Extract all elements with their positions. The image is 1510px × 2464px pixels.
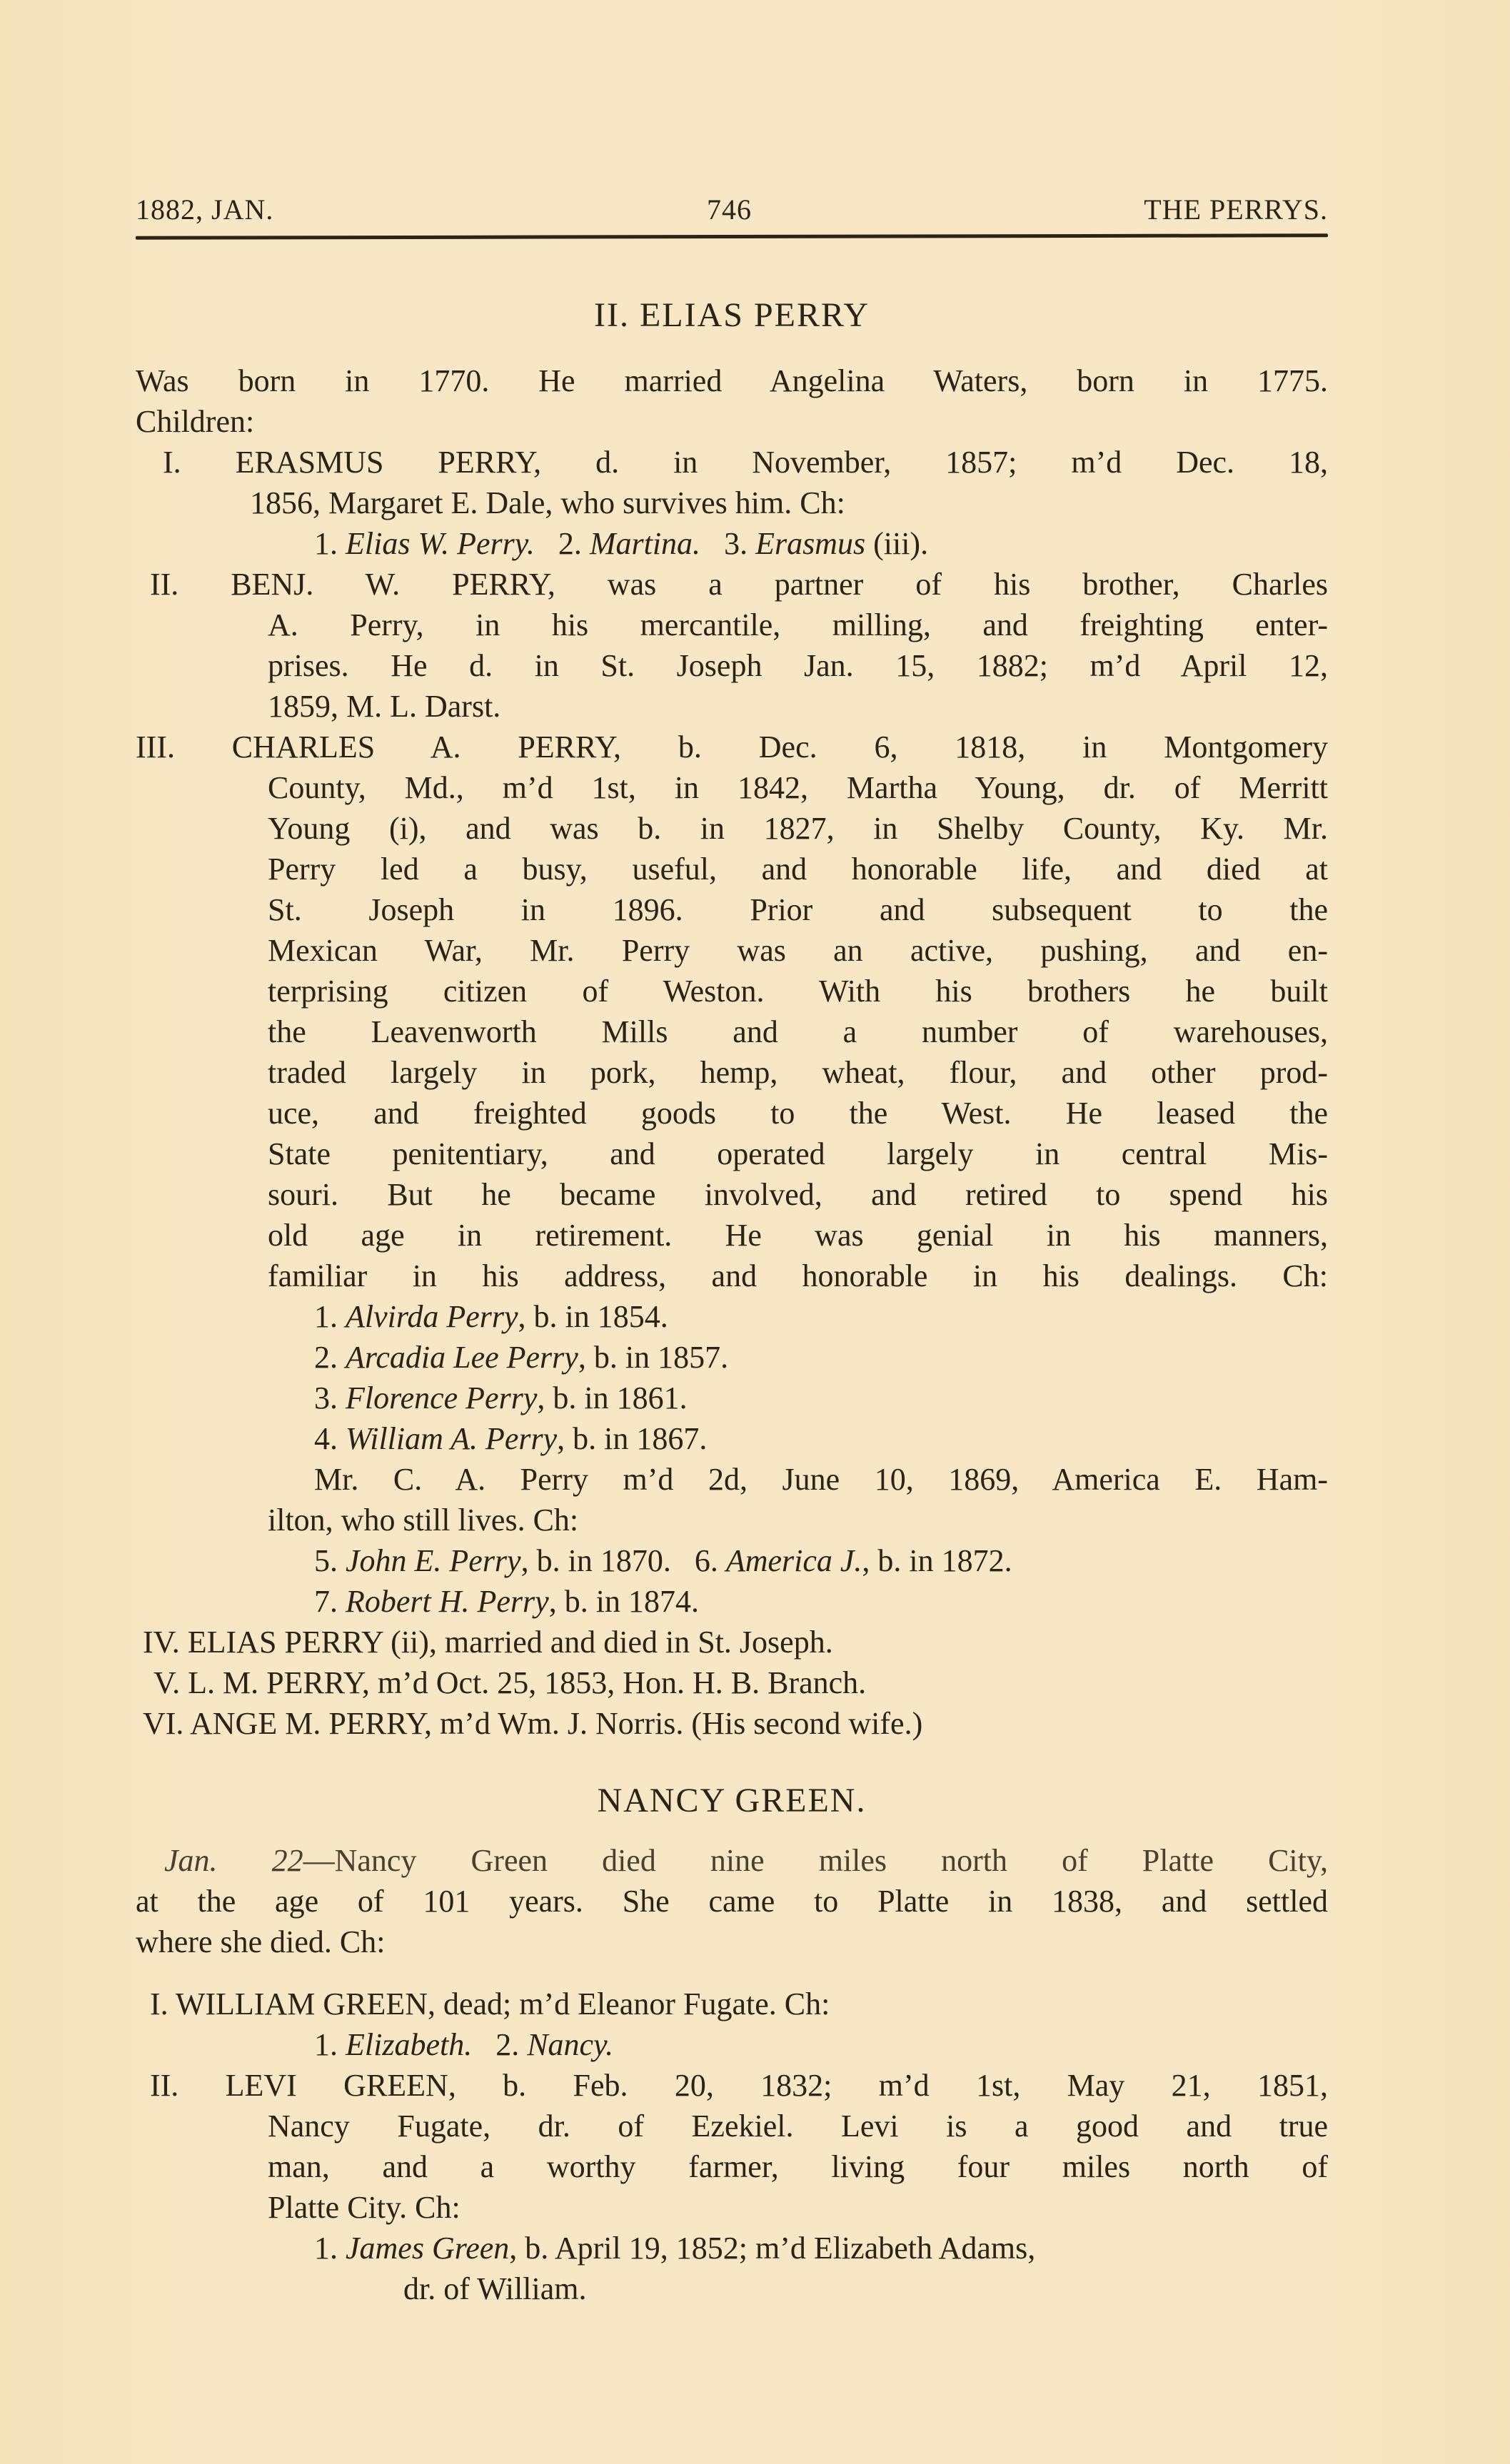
child-name: Elizabeth. (346, 2027, 472, 2062)
entry-line: the Leavenworth Mills and a number of wa… (136, 1011, 1328, 1052)
entry-erasmus-perry: I. ERASMUS PERRY, d. in November, 1857; … (136, 442, 1328, 483)
intro-line: at the age of 101 years. She came to Pla… (136, 1881, 1328, 1922)
running-head: 1882, JAN. 746 THE PERRYS. (136, 182, 1328, 226)
child-entry: 3. Florence Perry, b. in 1861. (136, 1378, 1328, 1418)
children-line: 1. Elias W. Perry. 2. Martina. 3. Erasmu… (136, 523, 1328, 564)
child-entry-continuation: dr. of William. (136, 2268, 1328, 2309)
entry-lm-perry: V. L. M. PERRY, m’d Oct. 25, 1853, Hon. … (136, 1662, 1328, 1703)
child-detail: , b. in 1867. (557, 1421, 707, 1456)
child-detail: , b. in 1854. (518, 1299, 668, 1334)
child-name: James Green (346, 2231, 509, 2266)
child-name: William A. Perry (346, 1421, 557, 1456)
section-title-nancy-green: NANCY GREEN. (136, 1781, 1328, 1820)
child-entry: 1. James Green, b. April 19, 1852; m’d E… (136, 2228, 1328, 2268)
child-number: 4. (314, 1421, 338, 1456)
entry-line: terprising citizen of Weston. With his b… (136, 971, 1328, 1011)
entry-line: Young (i), and was b. in 1827, in Shelby… (136, 808, 1328, 849)
intro-line: Was born in 1770. He married Angelina Wa… (136, 360, 1328, 401)
second-marriage-line: Mr. C. A. Perry m’d 2d, June 10, 1869, A… (136, 1459, 1328, 1500)
entry-line: Mexican War, Mr. Perry was an active, pu… (136, 930, 1328, 971)
child-name: Alvirda Perry (346, 1299, 518, 1334)
entry-benj-perry: II. BENJ. W. PERRY, was a partner of his… (136, 564, 1328, 605)
entry-line: Nancy Fugate, dr. of Ezekiel. Levi is a … (136, 2106, 1328, 2146)
section-title-elias-perry: II. ELIAS PERRY (136, 296, 1328, 335)
entry-line: 1856, Margaret E. Dale, who survives him… (136, 483, 1328, 523)
child-name: Florence Perry (346, 1380, 537, 1415)
child-name: John E. Perry (346, 1543, 521, 1578)
child-detail: , b. in 1861. (537, 1380, 687, 1415)
child-name: Elias W. Perry. (346, 526, 535, 561)
child-name: Erasmus (755, 526, 865, 561)
child-name: Martina. (590, 526, 700, 561)
entry-elias-perry-ii: IV. ELIAS PERRY (ii), married and died i… (136, 1622, 1328, 1662)
child-entry: 4. William A. Perry, b. in 1867. (136, 1418, 1328, 1459)
child-entry: 5. John E. Perry, b. in 1870. 6. America… (136, 1540, 1328, 1581)
child-number: 3. (724, 526, 748, 561)
intro-line: where she died. Ch: (136, 1922, 1328, 1962)
child-detail: , b. in 1870. (521, 1543, 671, 1578)
entry-date: Jan. 22 (164, 1843, 303, 1878)
running-head-date: 1882, JAN. (136, 193, 273, 226)
child-detail: , b. in 1857. (578, 1340, 728, 1375)
child-entry: 2. Arcadia Lee Perry, b. in 1857. (136, 1337, 1328, 1378)
entry-levi-green: II. LEVI GREEN, b. Feb. 20, 1832; m’d 1s… (136, 2065, 1328, 2106)
child-number: 6. (695, 1543, 718, 1578)
nancy-green-intro: Jan. 22—Nancy Green died nine miles nort… (136, 1840, 1328, 1881)
child-name: America J. (726, 1543, 862, 1578)
child-number: 1. (314, 2027, 338, 2062)
child-detail: , b. in 1872. (862, 1543, 1012, 1578)
child-name: Robert H. Perry (346, 1584, 549, 1619)
child-suffix: (iii). (873, 526, 928, 561)
second-marriage-line: ilton, who still lives. Ch: (136, 1500, 1328, 1540)
child-detail: , b. in 1874. (549, 1584, 699, 1619)
child-entry: 7. Robert H. Perry, b. in 1874. (136, 1581, 1328, 1622)
running-head-title: THE PERRYS. (1144, 193, 1328, 226)
child-number: 3. (314, 1380, 338, 1415)
child-number: 5. (314, 1543, 338, 1578)
child-entry: 1. Alvirda Perry, b. in 1854. (136, 1296, 1328, 1337)
entry-line: old age in retirement. He was genial in … (136, 1215, 1328, 1256)
entry-line: 1859, M. L. Darst. (136, 686, 1328, 727)
child-number: 1. (314, 2231, 338, 2266)
child-name: Nancy. (527, 2027, 613, 2062)
intro-line: Children: (136, 401, 1328, 442)
entry-line: prises. He d. in St. Joseph Jan. 15, 188… (136, 645, 1328, 686)
header-rule (136, 233, 1328, 239)
entry-line: Platte City. Ch: (136, 2187, 1328, 2228)
child-number: 1. (314, 1299, 338, 1334)
child-number: 2. (495, 2027, 519, 2062)
entry-line: traded largely in pork, hemp, wheat, flo… (136, 1052, 1328, 1093)
child-detail: , b. April 19, 1852; m’d Elizabeth Adams… (509, 2231, 1035, 2266)
entry-line: County, Md., m’d 1st, in 1842, Martha Yo… (136, 767, 1328, 808)
child-name: Arcadia Lee Perry (346, 1340, 578, 1375)
child-number: 2. (558, 526, 582, 561)
intro-text: —Nancy Green died nine miles north of Pl… (303, 1843, 1328, 1878)
children-line: 1. Elizabeth. 2. Nancy. (136, 2024, 1328, 2065)
entry-william-green: I. WILLIAM GREEN, dead; m’d Eleanor Fuga… (136, 1984, 1328, 2024)
entry-line: uce, and freighted goods to the West. He… (136, 1093, 1328, 1133)
entry-line: A. Perry, in his mercantile, milling, an… (136, 605, 1328, 645)
child-number: 1. (314, 526, 338, 561)
child-number: 7. (314, 1584, 338, 1619)
child-number: 2. (314, 1340, 338, 1375)
book-page: 1882, JAN. 746 THE PERRYS. II. ELIAS PER… (136, 182, 1328, 2309)
entry-line: St. Joseph in 1896. Prior and subsequent… (136, 889, 1328, 930)
page-number: 746 (707, 193, 752, 226)
entry-line: man, and a worthy farmer, living four mi… (136, 2146, 1328, 2187)
entry-charles-perry: III. CHARLES A. PERRY, b. Dec. 6, 1818, … (136, 727, 1328, 767)
entry-ange-perry: VI. ANGE M. PERRY, m’d Wm. J. Norris. (H… (136, 1703, 1328, 1744)
entry-line: familiar in his address, and honorable i… (136, 1256, 1328, 1296)
entry-line: State penitentiary, and operated largely… (136, 1133, 1328, 1174)
entry-line: souri. But he became involved, and retir… (136, 1174, 1328, 1215)
entry-line: Perry led a busy, useful, and honorable … (136, 849, 1328, 889)
